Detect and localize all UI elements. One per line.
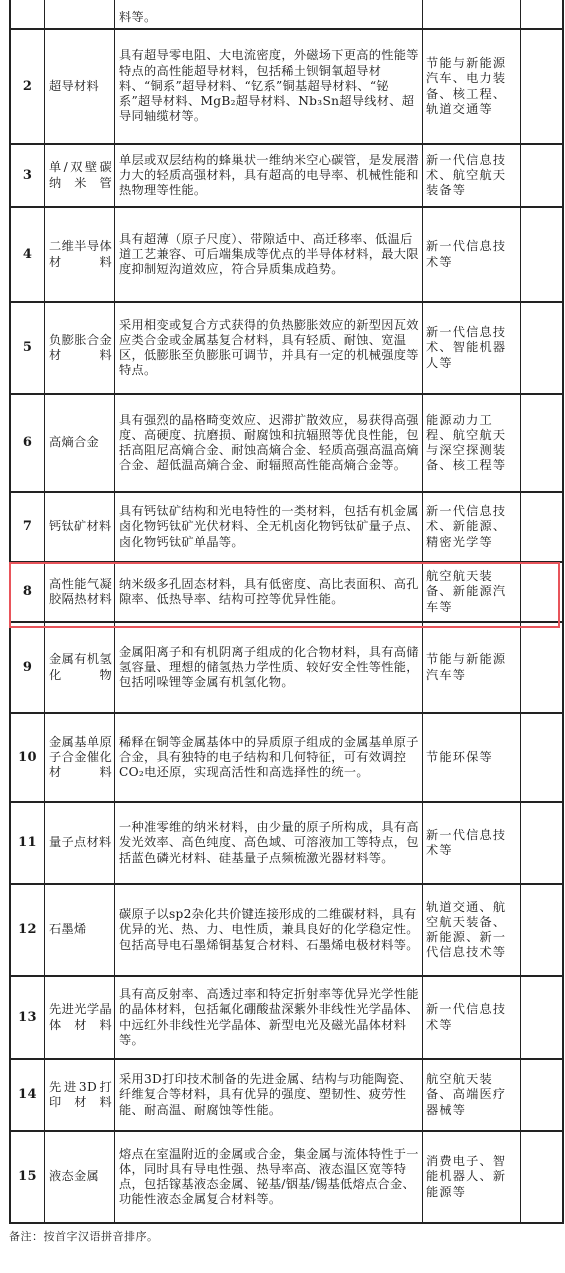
material-name: 钙钛矿材料 (45, 493, 115, 561)
table-row: 9 金属有机氢化物 金属阳离子和有机阴离子组成的化合物材料，具有高储氢容量、理想… (11, 623, 562, 714)
remarks-cell (521, 0, 562, 28)
application-field: 新一代信息技术等 (423, 977, 521, 1058)
row-number: 5 (11, 303, 45, 393)
remarks-cell (521, 30, 562, 143)
remarks-cell (521, 1132, 562, 1222)
row-number: 9 (11, 623, 45, 712)
material-name (45, 0, 115, 28)
application-field: 轨道交通、航空航天装备、新能源、新一代信息技术等 (423, 885, 521, 975)
material-description: 具有超薄（原子尺度）、带隙适中、高迁移率、低温后道工艺兼容、可后端集成等优点的半… (115, 208, 423, 301)
table-row: 5 负膨胀合金材料 采用相变或复合方式获得的负热膨胀效应的新型因瓦效应类合金或金… (11, 303, 562, 395)
row-number: 8 (11, 563, 45, 621)
table-row: 料等。 (11, 0, 562, 30)
table-row: 6 高熵合金 具有强烈的晶格畸变效应、迟滞扩散效应，易获得高强度、高硬度、抗磨损… (11, 395, 562, 493)
row-number: 14 (11, 1060, 45, 1130)
application-field: 消费电子、智能机器人、新能源等 (423, 1132, 521, 1222)
application-field: 新一代信息技术、新能源、精密光学等 (423, 493, 521, 561)
materials-table: 料等。 2 超导材料 具有超导零电阻、大电流密度，外磁场下更高的性能等特点的高性… (9, 0, 564, 1224)
table-row: 12 石墨烯 碳原子以sp2杂化共价键连接形成的二维碳材料，具有优异的光、热、力… (11, 885, 562, 977)
row-number: 2 (11, 30, 45, 143)
application-field: 节能与新能源汽车、电力装备、核工程、轨道交通等 (423, 30, 521, 143)
row-number: 4 (11, 208, 45, 301)
material-name: 高熵合金 (45, 395, 115, 491)
remarks-cell (521, 395, 562, 491)
application-field: 节能环保等 (423, 714, 521, 801)
table-row: 7 钙钛矿材料 具有钙钛矿结构和光电特性的一类材料，包括有机金属卤化物钙钛矿光伏… (11, 493, 562, 563)
material-name: 高性能气凝胶隔热材料 (45, 563, 115, 621)
application-field: 能源动力工程、航空航天与深空探测装备、核工程等 (423, 395, 521, 491)
application-field: 新一代信息技术等 (423, 803, 521, 883)
material-name: 金属基单原子合金催化材料 (45, 714, 115, 801)
application-field: 航空航天装备、高端医疗器械等 (423, 1060, 521, 1130)
material-description: 单层或双层结构的蜂巢状一维纳米空心碳管，是发展潜力大的轻质高强材料，具有超高的电… (115, 145, 423, 206)
remarks-cell (521, 623, 562, 712)
remarks-cell (521, 803, 562, 883)
table-row: 14 先进3D打印材料 采用3D打印技术制备的先进金属、结构与功能陶瓷、纤维复合… (11, 1060, 562, 1132)
material-description: 碳原子以sp2杂化共价键连接形成的二维碳材料，具有优异的光、热、力、电性质，兼具… (115, 885, 423, 975)
application-field: 新一代信息技术、智能机器人等 (423, 303, 521, 393)
remarks-cell (521, 714, 562, 801)
material-description: 具有超导零电阻、大电流密度，外磁场下更高的性能等特点的高性能超导材料，包括稀土钡… (115, 30, 423, 143)
table-row-highlighted: 8 高性能气凝胶隔热材料 纳米级多孔固态材料，具有低密度、高比表面积、高孔隙率、… (11, 563, 562, 623)
row-number: 15 (11, 1132, 45, 1222)
material-description: 具有钙钛矿结构和光电特性的一类材料，包括有机金属卤化物钙钛矿光伏材料、全无机卤化… (115, 493, 423, 561)
row-number: 3 (11, 145, 45, 206)
material-name: 金属有机氢化物 (45, 623, 115, 712)
row-number (11, 0, 45, 28)
footnote: 备注：按首字汉语拼音排序。 (9, 1228, 159, 1244)
remarks-cell (521, 208, 562, 301)
material-description: 采用3D打印技术制备的先进金属、结构与功能陶瓷、纤维复合等材料，具有优异的强度、… (115, 1060, 423, 1130)
table-row: 15 液态金属 熔点在室温附近的金属或合金，集金属与流体特性于一体，同时具有导电… (11, 1132, 562, 1224)
application-field (423, 0, 521, 28)
material-name: 石墨烯 (45, 885, 115, 975)
material-name: 单/双壁碳纳米管 (45, 145, 115, 206)
row-number: 12 (11, 885, 45, 975)
material-name: 液态金属 (45, 1132, 115, 1222)
row-number: 10 (11, 714, 45, 801)
material-name: 二维半导体材料 (45, 208, 115, 301)
application-field: 新一代信息技术、航空航天装备等 (423, 145, 521, 206)
remarks-cell (521, 563, 562, 621)
material-name: 负膨胀合金材料 (45, 303, 115, 393)
material-description: 一种准零维的纳米材料，由少量的原子所构成，具有高发光效率、高色纯度、高色域、可溶… (115, 803, 423, 883)
material-description: 纳米级多孔固态材料，具有低密度、高比表面积、高孔隙率、低热导率、结构可控等优异性… (115, 563, 423, 621)
application-field: 新一代信息技术等 (423, 208, 521, 301)
material-description: 采用相变或复合方式获得的负热膨胀效应的新型因瓦效应类合金或金属基复合材料，具有轻… (115, 303, 423, 393)
row-number: 13 (11, 977, 45, 1058)
material-description: 料等。 (115, 0, 423, 28)
material-description: 具有强烈的晶格畸变效应、迟滞扩散效应，易获得高强度、高硬度、抗磨损、耐腐蚀和抗辐… (115, 395, 423, 491)
application-field: 节能与新能源汽车等 (423, 623, 521, 712)
application-field: 航空航天装备、新能源汽车等 (423, 563, 521, 621)
remarks-cell (521, 145, 562, 206)
remarks-cell (521, 1060, 562, 1130)
material-name: 量子点材料 (45, 803, 115, 883)
remarks-cell (521, 885, 562, 975)
material-description: 稀释在铜等金属基体中的异质原子组成的金属基单原子合金，具有独特的电子结构和几何特… (115, 714, 423, 801)
row-number: 11 (11, 803, 45, 883)
table-row: 13 先进光学晶体材料 具有高反射率、高透过率和特定折射率等优异光学性能的晶体材… (11, 977, 562, 1060)
table-row: 3 单/双壁碳纳米管 单层或双层结构的蜂巢状一维纳米空心碳管，是发展潜力大的轻质… (11, 145, 562, 208)
table-row: 11 量子点材料 一种准零维的纳米材料，由少量的原子所构成，具有高发光效率、高色… (11, 803, 562, 885)
material-name: 先进3D打印材料 (45, 1060, 115, 1130)
material-name: 超导材料 (45, 30, 115, 143)
table-row: 10 金属基单原子合金催化材料 稀释在铜等金属基体中的异质原子组成的金属基单原子… (11, 714, 562, 803)
remarks-cell (521, 493, 562, 561)
material-description: 熔点在室温附近的金属或合金，集金属与流体特性于一体，同时具有导电性强、热导率高、… (115, 1132, 423, 1222)
remarks-cell (521, 977, 562, 1058)
row-number: 7 (11, 493, 45, 561)
remarks-cell (521, 303, 562, 393)
material-name: 先进光学晶体材料 (45, 977, 115, 1058)
table-row: 2 超导材料 具有超导零电阻、大电流密度，外磁场下更高的性能等特点的高性能超导材… (11, 30, 562, 145)
table-row: 4 二维半导体材料 具有超薄（原子尺度）、带隙适中、高迁移率、低温后道工艺兼容、… (11, 208, 562, 303)
material-description: 金属阳离子和有机阴离子组成的化合物材料，具有高储氢容量、理想的储氢热力学性质、较… (115, 623, 423, 712)
material-description: 具有高反射率、高透过率和特定折射率等优异光学性能的晶体材料，包括氟化硼酸盐深紫外… (115, 977, 423, 1058)
row-number: 6 (11, 395, 45, 491)
